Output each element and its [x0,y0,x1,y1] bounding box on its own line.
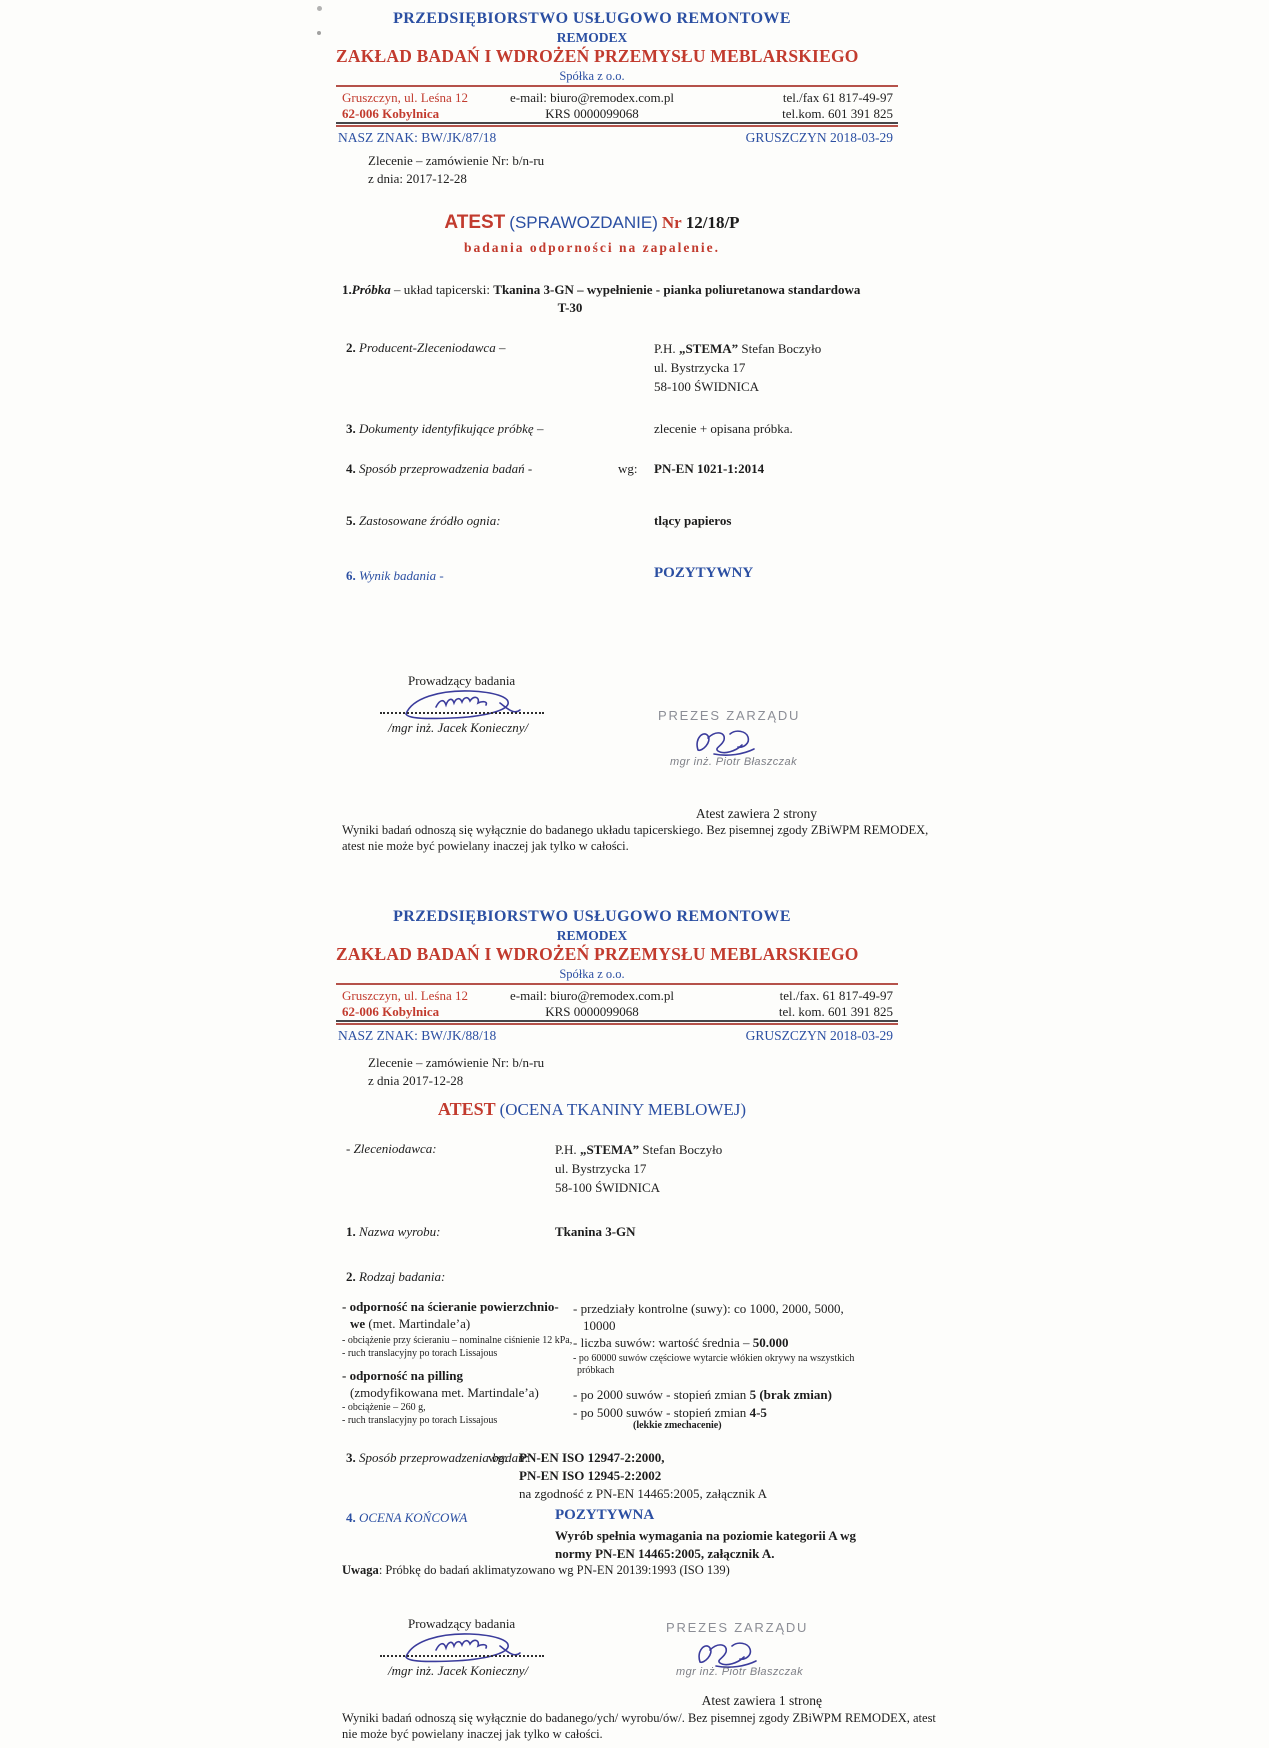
pilling-test-title: - odporność na pilling [342,1367,463,1384]
company-phones: tel./fax. 61 817-49-97 tel. kom. 601 391… [779,988,893,1020]
reference-number: NASZ ZNAK: BW/JK/88/18 [338,1028,496,1044]
abrasion-test-title2: we (met. Martindale’a) [350,1315,470,1332]
company-name-line3: ZAKŁAD BADAŃ I WDROŻEŃ PRZEMYSŁU MEBLARS… [336,944,848,965]
scan-speck [317,6,322,11]
producer-name: P.H. „STEMA” Stefan Boczyło [654,339,821,358]
title-atest: ATEST [444,212,505,233]
title-middle: (OCENA TKANINY MEBLOWEJ) [500,1100,746,1119]
method-number: 3. [346,1450,356,1465]
email-line: e-mail: biuro@remodex.com.pl [336,988,848,1004]
company-name-line2: REMODEX [336,928,848,944]
place-and-date: GRUSZCZYN 2018-03-29 [746,130,893,146]
product-label: Nazwa wyrobu: [359,1224,441,1239]
document-subtitle: badania odporności na zapalenie. [336,240,848,256]
header-rule-dark [336,1020,898,1022]
title-atest: ATEST [438,1099,496,1119]
krs-line: KRS 0000099068 [336,1004,848,1020]
test-type-label: Rodzaj badania: [359,1269,445,1284]
disclaimer-line2: nie może być powielany inaczej jak tylko… [342,1726,603,1742]
producer-city: 58-100 ŚWIDNICA [654,377,821,396]
header-rule-top [336,983,898,985]
company-contact-center: e-mail: biuro@remodex.com.pl KRS 0000099… [336,988,848,1020]
company-name-line1: PRZEDSIĘBIORSTWO USŁUGOWO REMONTOWE [336,908,848,926]
header-rule-top [336,85,898,87]
president-stamp-title: PREZES ZARZĄDU [666,1620,808,1635]
producer-street: ul. Bystrzycka 17 [654,358,821,377]
disclaimer-line2: atest nie może być powielany inaczej jak… [342,838,629,854]
president-stamp-title: PREZES ZARZĄDU [658,708,800,723]
order-line2: z dnia 2017-12-28 [368,1072,463,1089]
document-title: ATEST (SPRAWOZDANIE) Nr 12/18/P [336,212,848,234]
item5-number: 5. [346,513,356,528]
item1-number: 1. [342,282,352,297]
final-assessment-result: POZYTYWNA [555,1507,654,1524]
item2-number: 2. [346,340,356,355]
item3-value: zlecenie + opisana próbka. [654,420,793,437]
header-rule-dark [336,122,898,124]
client-block: P.H. „STEMA” Stefan Boczyło ul. Bystrzyc… [555,1140,722,1197]
item4-number: 4. [346,461,356,476]
test-result: POZYTYWNY [654,565,753,582]
method-standard1: PN-EN ISO 12947-2:2000, [519,1449,665,1466]
client-street: ul. Bystrzycka 17 [555,1159,722,1178]
krs-line: KRS 0000099068 [336,106,848,122]
tel-kom-line: tel.kom. 601 391 825 [782,106,893,122]
item5-label-row: 5. Zastosowane źródło ognia: [346,512,501,529]
order-line1: Zlecenie – zamówienie Nr: b/n-ru [368,1054,544,1071]
final-assessment-label-row: 4. OCENA KOŃCOWA [346,1509,467,1526]
final-assessment-detail2: normy PN-EN 14465:2005, załącznik A. [555,1545,775,1562]
document-title: ATEST (OCENA TKANINY MEBLOWEJ) [336,1099,848,1120]
order-line2: z dnia: 2017-12-28 [368,170,467,187]
pilling-result-note: (lekkie zmechacenie) [633,1419,722,1432]
pilling-result-2000: - po 2000 suwów - stopień zmian 5 (brak … [573,1386,832,1403]
item5-label: Zastosowane źródło ognia: [359,513,501,528]
item3-label: Dokumenty identyfikujące próbkę – [359,421,543,436]
signature-dotted-line [380,1655,544,1657]
client-label: - Zleceniodawca: [346,1140,437,1157]
tel-kom-line: tel. kom. 601 391 825 [779,1004,893,1020]
title-nr-label: Nr [662,213,682,232]
president-name: mgr inż. Piotr Błaszczak [670,756,797,768]
reference-number: NASZ ZNAK: BW/JK/87/18 [338,130,496,146]
pilling-condition2: - ruch translacyjny po torach Lissajous [342,1414,497,1427]
method-standard2: PN-EN ISO 12945-2:2002 [519,1467,661,1484]
item6-label-row: 6. Wynik badania - [346,567,444,584]
final-assessment-number: 4. [346,1510,356,1525]
tel-fax-line: tel./fax 61 817-49-97 [782,90,893,106]
abrasion-result-note2: próbkach [577,1364,614,1377]
test-type-number: 2. [346,1269,356,1284]
order-line1: Zlecenie – zamówienie Nr: b/n-ru [368,152,544,169]
item2-label: Producent-Zleceniodawca – [359,340,505,355]
page-count-note: Atest zawiera 2 strony [696,806,817,822]
abrasion-test-title: - odporność na ścieranie powierzchnio- [342,1298,559,1315]
header-rule-bottom [336,125,898,127]
item1-value: Tkanina 3-GN – wypełnienie - pianka poli… [493,282,860,297]
abrasion-condition2: - ruch translacyjny po torach Lissajous [342,1347,497,1360]
method-wg: wg: [488,1449,508,1466]
product-name: Tkanina 3-GN [555,1223,636,1240]
title-middle: (SPRAWOZDANIE) [509,213,658,232]
final-assessment-detail1: Wyrób spełnia wymagania na poziomie kate… [555,1527,856,1544]
item4-standard: PN-EN 1021-1:2014 [654,460,764,477]
abrasion-result: - liczba suwów: wartość średnia – 50.000 [573,1334,789,1351]
pilling-condition1: - obciążenie – 260 g, [342,1401,426,1414]
item1-label: Próbka [352,282,391,297]
test-type-label-row: 2. Rodzaj badania: [346,1268,445,1285]
client-city: 58-100 ŚWIDNICA [555,1178,722,1197]
page-count-note: Atest zawiera 1 stronę [702,1693,822,1709]
item1-sample: 1.Próbka – układ tapicerski: Tkanina 3-G… [342,281,860,298]
abrasion-intervals: - przedziały kontrolne (suwy): co 1000, … [573,1300,844,1317]
final-assessment-label: OCENA KOŃCOWA [359,1510,467,1525]
company-name-line3: ZAKŁAD BADAŃ I WDROŻEŃ PRZEMYSŁU MEBLARS… [336,46,848,67]
item4-wg: wg: [618,460,638,477]
email-line: e-mail: biuro@remodex.com.pl [336,90,848,106]
signature-jacek-konieczny [396,687,536,721]
method-standard3: na zgodność z PN-EN 14465:2005, załączni… [519,1485,767,1502]
signature-dotted-line [380,712,544,714]
item4-label: Sposób przeprowadzenia badań - [359,461,532,476]
item3-number: 3. [346,421,356,436]
title-number: 12/18/P [686,213,740,232]
company-legal-form: Spółka z o.o. [336,967,848,982]
atest-page-2: PRZEDSIĘBIORSTWO USŁUGOWO REMONTOWE REMO… [336,896,898,1748]
examiner-name: /mgr inż. Jacek Konieczny/ [388,719,528,736]
disclaimer-line1: Wyniki badań odnoszą się wyłącznie do ba… [342,1710,936,1726]
client-name: P.H. „STEMA” Stefan Boczyło [555,1140,722,1159]
abrasion-condition1: - obciążenie przy ścieraniu – nominalne … [342,1334,572,1347]
product-number: 1. [346,1224,356,1239]
abrasion-intervals2: 10000 [583,1317,616,1334]
item3-label-row: 3. Dokumenty identyfikujące próbkę – [346,420,543,437]
signature-piotr-blaszczak [686,726,764,758]
item1-value-line2: T-30 [520,299,620,316]
abrasion-result-note: - po 60000 suwów częściowe wytarcie włók… [573,1352,854,1365]
atest-page-1: PRZEDSIĘBIORSTWO USŁUGOWO REMONTOWE REMO… [336,0,898,896]
company-contact-center: e-mail: biuro@remodex.com.pl KRS 0000099… [336,90,848,122]
president-name: mgr inż. Piotr Błaszczak [676,1666,803,1678]
item5-value: tlący papieros [654,512,731,529]
examiner-name: /mgr inż. Jacek Konieczny/ [388,1662,528,1679]
tel-fax-line: tel./fax. 61 817-49-97 [779,988,893,1004]
item6-number: 6. [346,568,356,583]
product-label-row: 1. Nazwa wyrobu: [346,1223,441,1240]
disclaimer-line1: Wyniki badań odnoszą się wyłącznie do ba… [342,822,928,838]
pilling-test-title2: (zmodyfikowana met. Martindale’a) [350,1384,539,1401]
conditioning-note: Uwaga: Próbkę do badań aklimatyzowano wg… [342,1562,730,1578]
company-name-line2: REMODEX [336,30,848,46]
item6-label: Wynik badania - [359,568,444,583]
signature-jacek-konieczny [396,1630,536,1664]
company-phones: tel./fax 61 817-49-97 tel.kom. 601 391 8… [782,90,893,122]
company-legal-form: Spółka z o.o. [336,69,848,84]
item1-separator: – układ tapicerski: [391,282,494,297]
scanned-document: { "colors": { "header_blue": "#2b4fa2", … [0,0,1269,1748]
scan-speck [317,31,321,35]
item2-label-row: 2. Producent-Zleceniodawca – [346,339,505,356]
producer-block: P.H. „STEMA” Stefan Boczyło ul. Bystrzyc… [654,339,821,396]
header-rule-bottom [336,1023,898,1025]
item4-label-row: 4. Sposób przeprowadzenia badań - [346,460,532,477]
company-name-line1: PRZEDSIĘBIORSTWO USŁUGOWO REMONTOWE [336,10,848,28]
place-and-date: GRUSZCZYN 2018-03-29 [746,1028,893,1044]
